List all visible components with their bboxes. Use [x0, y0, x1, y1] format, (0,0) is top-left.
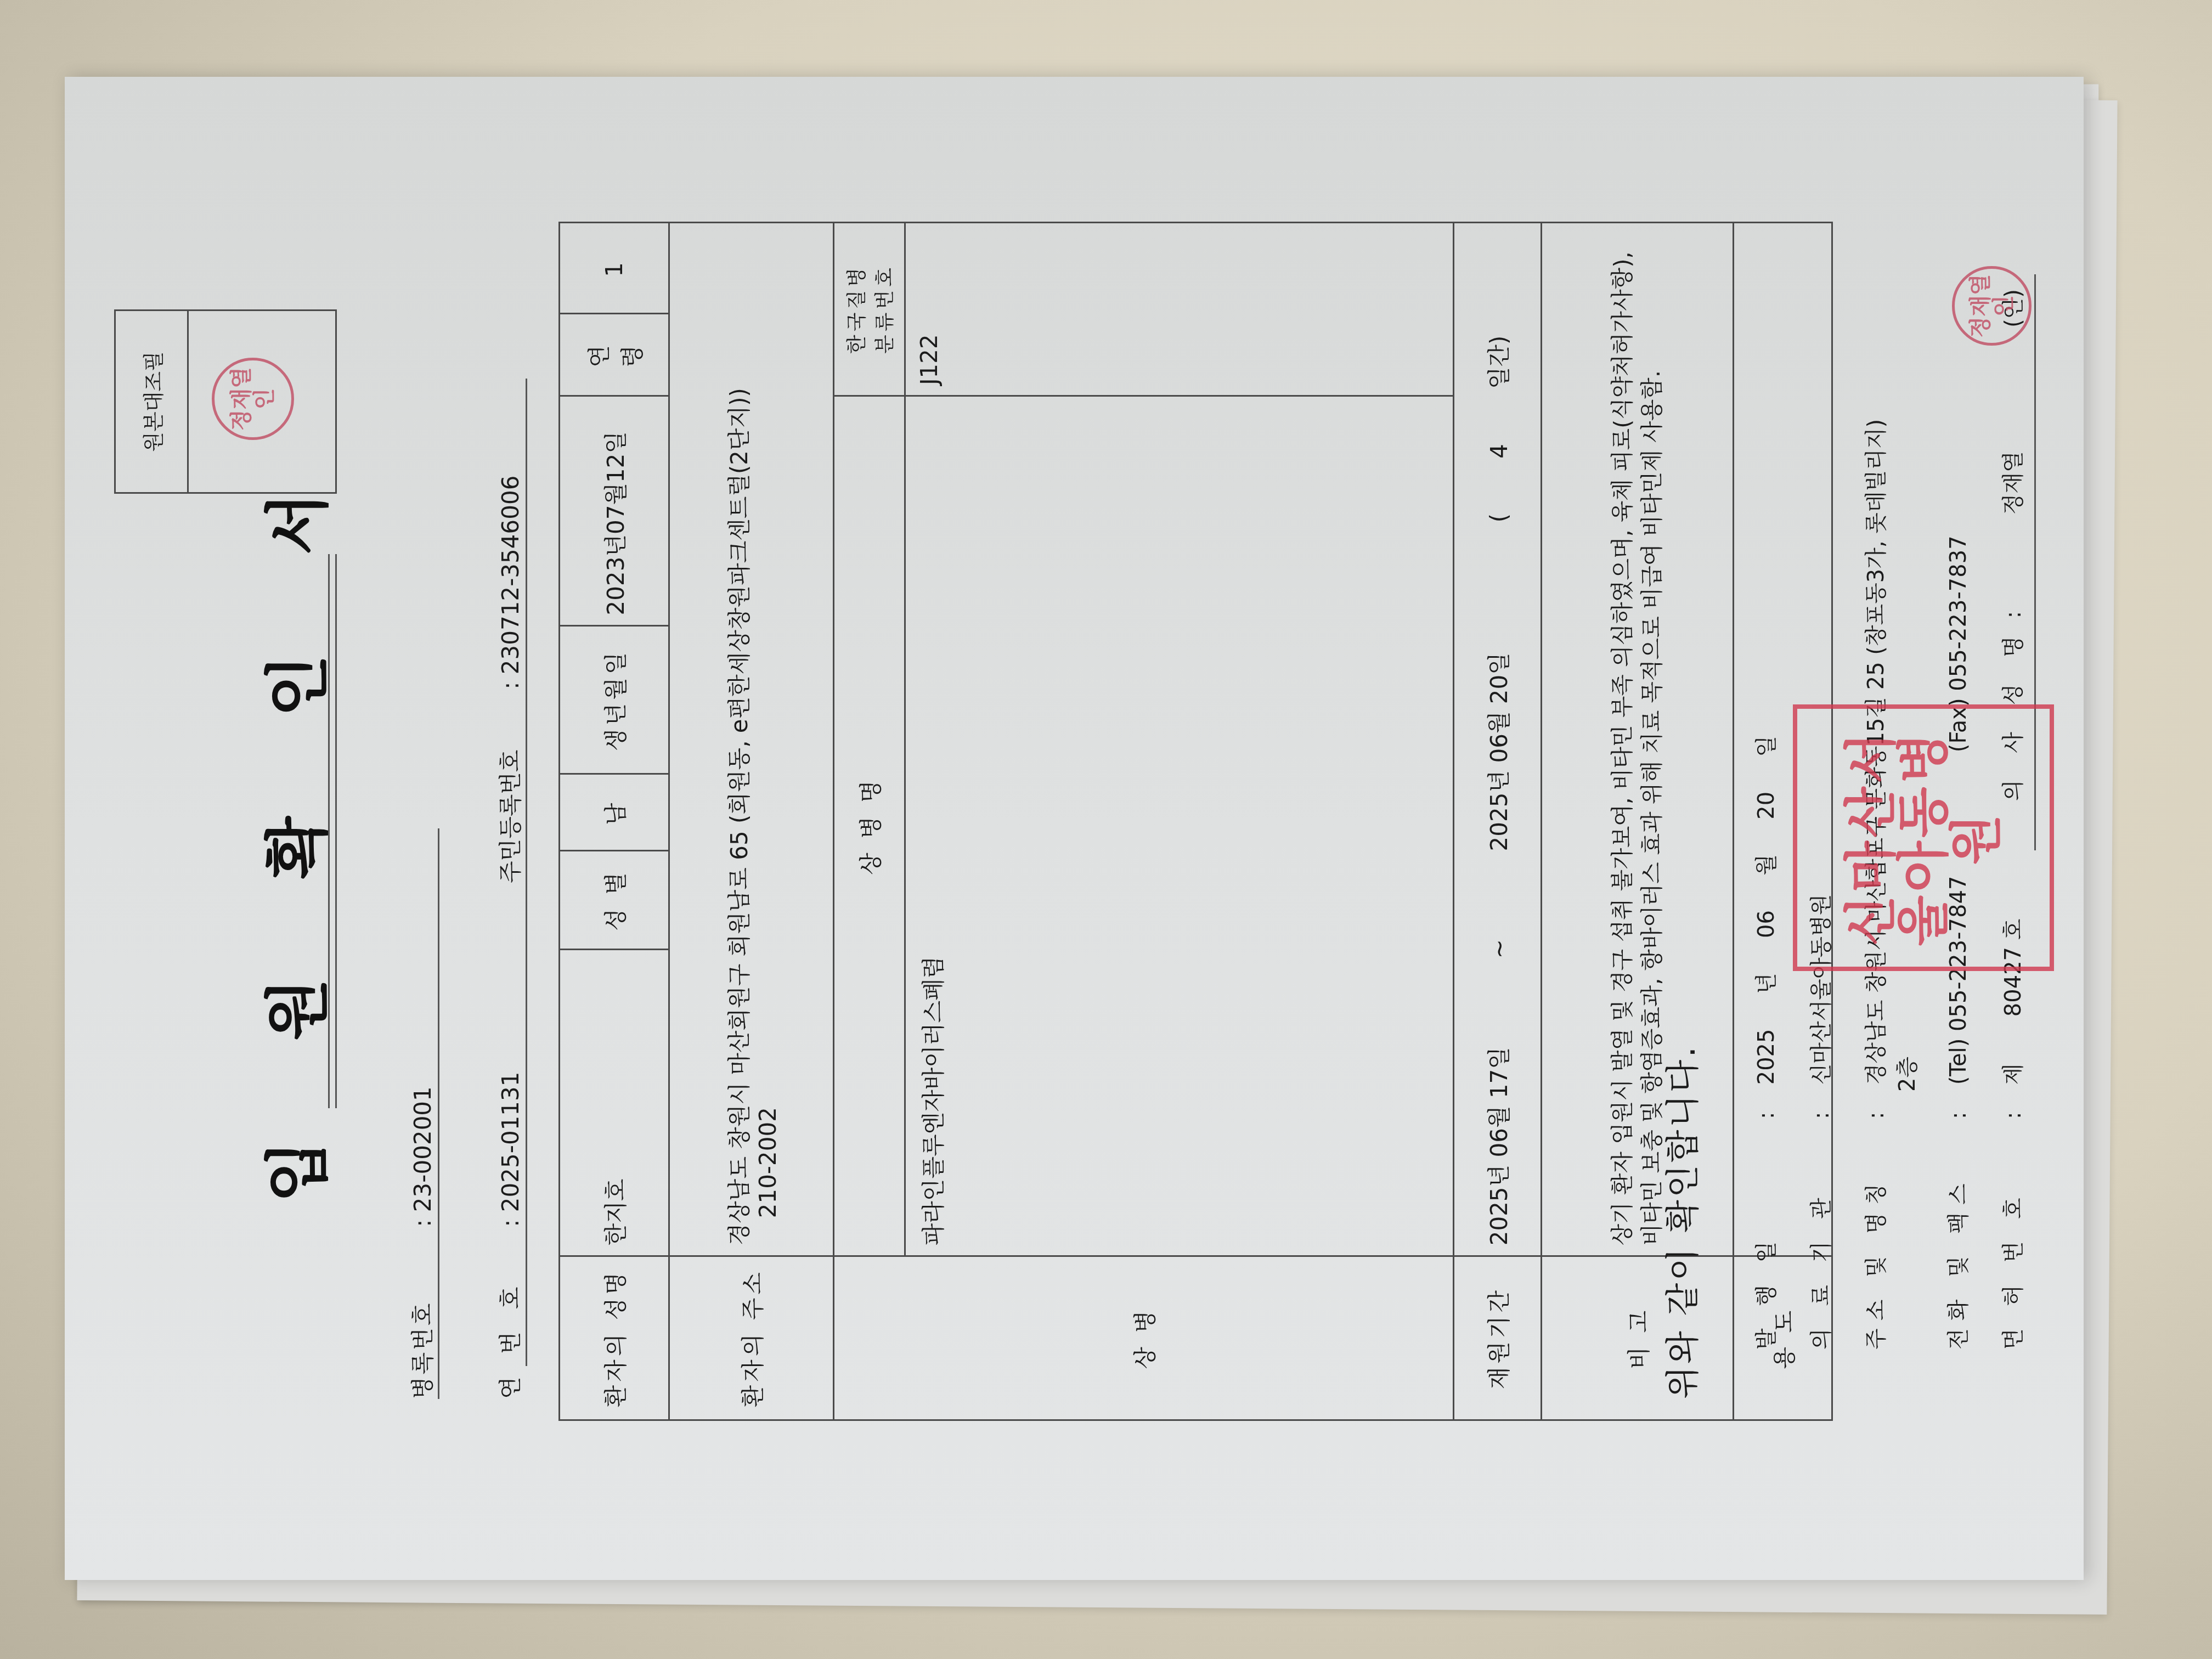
resident-number-label: 주민등록번호	[493, 697, 526, 883]
serial-number-label: 연 번 호	[493, 1234, 526, 1399]
issue-year: 2025	[1754, 1029, 1779, 1085]
fax-value: 055-223-7837	[1946, 535, 1971, 691]
issue-date-row: 발 행 일: 2025 년 06 월 20 일	[1749, 708, 1780, 1350]
patient-address-line1: 경상남도 창원시 마산회원구 회원남로 65 (회원동, e편한세상창원파크센트…	[721, 233, 754, 1245]
stay-days-close: 일간)	[1486, 336, 1513, 390]
remarks-row: 비 고 상기 환자 입원시 발열 및 경구 섭취 불가보여, 비타민 부족 의심…	[1542, 223, 1734, 1420]
registration-number-label: 병록번호	[405, 1234, 438, 1399]
diagnosis-row: 파라인플루엔자바이러스폐렴 J122	[905, 223, 1454, 1420]
issue-year-unit: 년	[1749, 945, 1780, 1022]
stay-sep: ~	[1486, 859, 1513, 1040]
stay-days: 4	[1486, 396, 1513, 506]
age-value: 1	[560, 223, 669, 314]
stay-label: 재원기간	[1454, 1256, 1542, 1420]
stay-period: 2025년 06월 17일 ~ 2025년 06월 20일 ( 4 일간)	[1454, 223, 1542, 1256]
confirmation-statement: 위와 같이 확인합니다.	[1656, 1045, 1705, 1399]
diagnosis-code-header: 한국질병 분류번호	[834, 223, 905, 396]
remarks-label: 비 고	[1542, 1256, 1734, 1420]
diagnosis-name-header: 상 병 명	[834, 396, 905, 1256]
registration-number-row: 병록번호 : 23-002001	[405, 1086, 438, 1399]
diagnosis-code: J122	[905, 223, 1454, 396]
registration-number-value: 23-002001	[409, 1086, 436, 1212]
admission-confirmation-page: 원본대조필 정재열인 입 원 확 인 서 병록번호 : 23-002001 연 …	[65, 77, 2084, 1580]
patient-address-line2: 210-2002	[754, 233, 781, 1245]
issue-day: 20	[1754, 792, 1779, 820]
institution-address-label: 주소 및 명칭	[1859, 1119, 1890, 1350]
patient-name-row: 환자의 성명 한지호 성 별 남 생년월일 2023년07월12일 연 령 1	[560, 223, 669, 1420]
stay-row: 재원기간 2025년 06월 17일 ~ 2025년 06월 20일 ( 4 일…	[1454, 223, 1542, 1420]
patient-address-row: 환자의 주소 경상남도 창원시 마산회원구 회원남로 65 (회원동, e편한세…	[669, 223, 834, 1420]
tel-prefix: (Tel)	[1946, 1039, 1971, 1085]
issue-month: 06	[1754, 910, 1779, 938]
birth-value: 2023년07월12일	[560, 396, 669, 626]
patient-name: 한지호	[560, 949, 669, 1256]
sex-label: 성 별	[560, 851, 669, 950]
birth-label: 생년월일	[560, 626, 669, 774]
patient-address-label: 환자의 주소	[669, 1256, 834, 1420]
remarks-text: 상기 환자 입원시 발열 및 경구 섭취 불가보여, 비타민 부족 의심하였으며…	[1542, 223, 1734, 1256]
sex-value: 남	[560, 774, 669, 851]
age-label: 연 령	[560, 313, 669, 396]
issue-month-unit: 월	[1749, 826, 1780, 903]
serial-number-row: 연 번 호 : 2025-01131	[493, 1071, 526, 1399]
stay-to: 2025년 06월 20일	[1486, 652, 1513, 851]
patient-address: 경상남도 창원시 마산회원구 회원남로 65 (회원동, e편한세상창원파크센트…	[669, 223, 834, 1256]
stay-from: 2025년 06월 17일	[1486, 1047, 1513, 1245]
original-check-label: 원본대조필	[116, 311, 189, 492]
institution-label: 의 료 기 관	[1804, 1119, 1835, 1350]
doctor-name: 정재열	[2001, 451, 2026, 515]
resident-number-row: 주민등록번호 : 230712-3546006	[493, 476, 526, 883]
phone-label: 전화 및 팩스	[1941, 1119, 1972, 1350]
issue-date-label: 발 행 일	[1749, 1119, 1780, 1350]
stay-days-open: (	[1486, 513, 1513, 645]
patient-info-table: 환자의 성명 한지호 성 별 남 생년월일 2023년07월12일 연 령 1 …	[558, 222, 1833, 1421]
license-prefix: 제	[2001, 1064, 2026, 1085]
diagnosis-name: 파라인플루엔자바이러스폐렴	[905, 396, 1454, 1256]
issue-day-unit: 일	[1749, 708, 1780, 785]
license-label: 면 허 번 호	[1996, 1119, 2027, 1350]
hospital-seal: 신마산서울아동병원	[1793, 704, 2054, 971]
diagnosis-header-row: 상 병 상 병 명 한국질병 분류번호	[834, 223, 905, 1420]
serial-number-value: 2025-01131	[497, 1071, 524, 1212]
title-underline	[328, 554, 337, 1108]
patient-name-label: 환자의 성명	[560, 1256, 669, 1420]
license-row: 면 허 번 호: 제 80427 호	[1996, 919, 2027, 1350]
doctor-seal: 정재열인	[1952, 266, 2032, 346]
page-title: 입 원 확 인 서	[246, 77, 339, 1580]
diagnosis-section-label: 상 병	[834, 1256, 1454, 1420]
resident-number-value: 230712-3546006	[497, 476, 524, 675]
